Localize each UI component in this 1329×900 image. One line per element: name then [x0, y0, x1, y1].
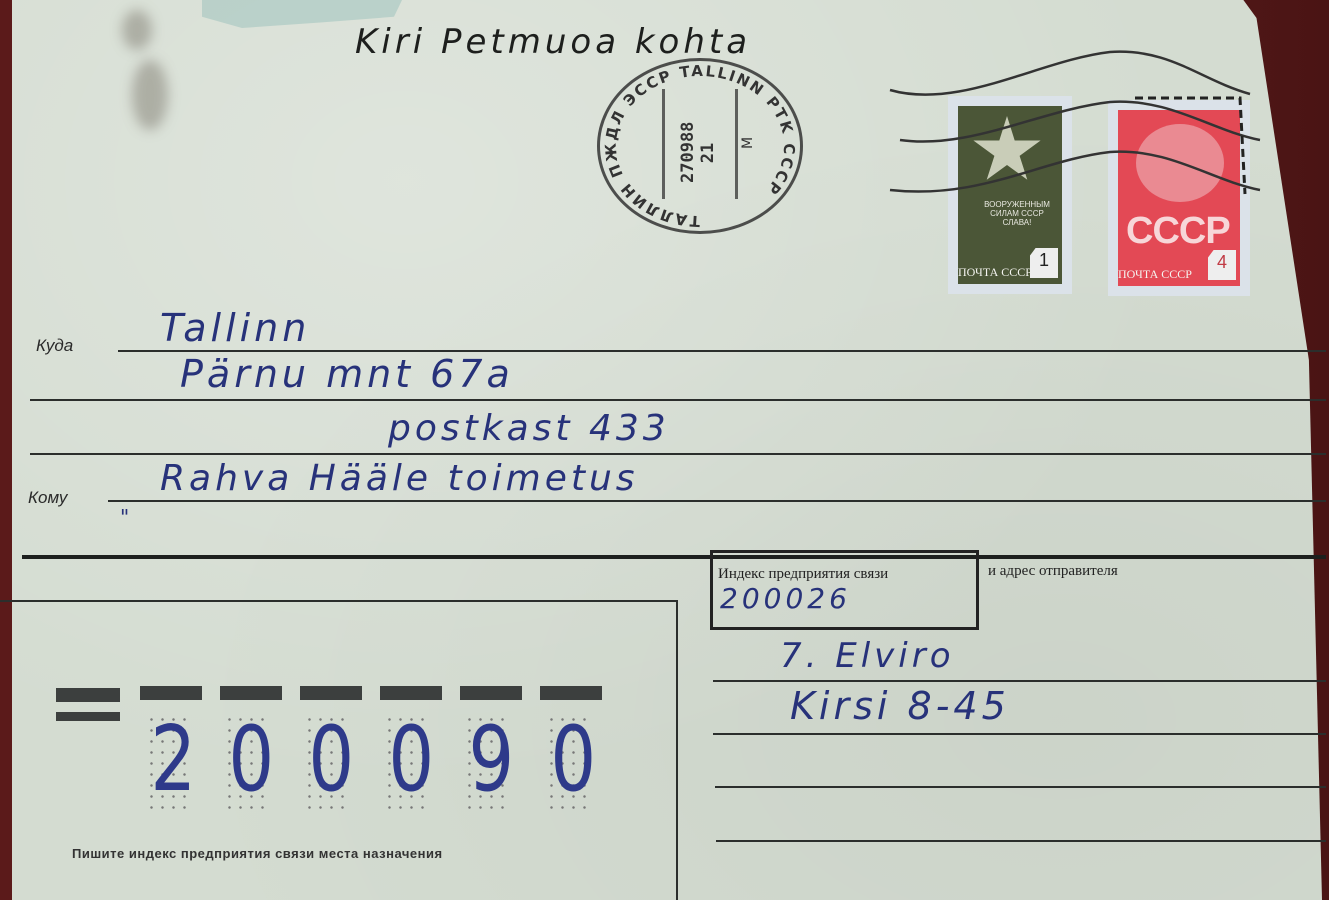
to-label: Куда [36, 336, 73, 356]
postcode-digit: 0 [384, 714, 428, 810]
top-handwritten-note: Kiri Petmuoa kohta [355, 22, 751, 62]
recipient-name: Rahva Hääle toimetus [160, 458, 639, 499]
address-line [108, 500, 1326, 502]
stamp-4-kopeck: СССР ПОЧТА СССР 4 [1108, 100, 1250, 296]
postcode-bar [56, 712, 120, 721]
sender-street: Kirsi 8-45 [790, 684, 1010, 728]
postmark-bar [662, 89, 665, 199]
stamp-face: СССР ПОЧТА СССР 4 [1118, 110, 1240, 286]
postmark: ТАЛЛИН ПЖДЛ ЭССР TALLINN PTK СССР 270988… [597, 58, 803, 234]
stamp-caption: ПОЧТА СССР [958, 265, 1032, 280]
stain [132, 60, 168, 130]
stamp-inscription: СССР [1126, 210, 1230, 253]
order-star-icon [972, 116, 1042, 186]
postcode-digit: 0 [224, 714, 268, 810]
recipient-pobox: postkast 433 [388, 408, 670, 449]
stamp-inscription: ВООРУЖЕННЫМ СИЛАМ СССР СЛАВА! [982, 200, 1052, 227]
stamp-1-kopeck: ВООРУЖЕННЫМ СИЛАМ СССР СЛАВА! ПОЧТА СССР… [948, 96, 1072, 294]
postcode-digit: 9 [464, 714, 508, 810]
sender-name: 7. Elviro [780, 636, 955, 676]
postcode-bar [300, 686, 362, 700]
soviet-emblem-icon [1136, 124, 1224, 202]
postmark-bar [735, 89, 738, 199]
postcode-bar [540, 686, 602, 700]
sender-index-label: Индекс предприятия связи [718, 566, 888, 583]
postcode-bar [460, 686, 522, 700]
stamp-value: 1 [1030, 248, 1058, 278]
recipient-street: Pärnu mnt 67a [180, 352, 514, 396]
postcode-bar [220, 686, 282, 700]
recipient-city: Tallinn [160, 306, 310, 350]
sender-address-label: и адрес отправителя [988, 563, 1118, 580]
stamp-value: 4 [1208, 250, 1236, 280]
whom-label: Кому [28, 488, 67, 508]
stamp-face: ВООРУЖЕННЫМ СИЛАМ СССР СЛАВА! ПОЧТА СССР… [958, 106, 1062, 284]
stamp-caption: ПОЧТА СССР [1118, 267, 1192, 282]
postcode-bar [56, 688, 120, 702]
postmark-letter: М [740, 137, 756, 149]
postcode-digit: 0 [304, 714, 348, 810]
postmark-date: 270988 21 [678, 123, 718, 183]
postcode-digit: 0 [546, 714, 590, 810]
postcode-bar [380, 686, 442, 700]
sender-line [713, 680, 1326, 682]
sender-index-value: 200026 [720, 582, 851, 615]
sender-line [713, 733, 1326, 735]
postcode-instruction: Пишите индекс предприятия связи места на… [72, 846, 443, 861]
stain [122, 10, 152, 50]
sender-line [715, 786, 1326, 788]
ditto-mark: " [120, 505, 129, 529]
sender-line [716, 840, 1326, 842]
postcode-frame-right [676, 600, 678, 900]
postcode-frame-top [0, 600, 676, 602]
postcode-bar [140, 686, 202, 700]
address-line [30, 399, 1326, 401]
postcode-digit: 2 [146, 714, 190, 810]
address-line [30, 453, 1326, 455]
divider-line [22, 555, 1326, 559]
